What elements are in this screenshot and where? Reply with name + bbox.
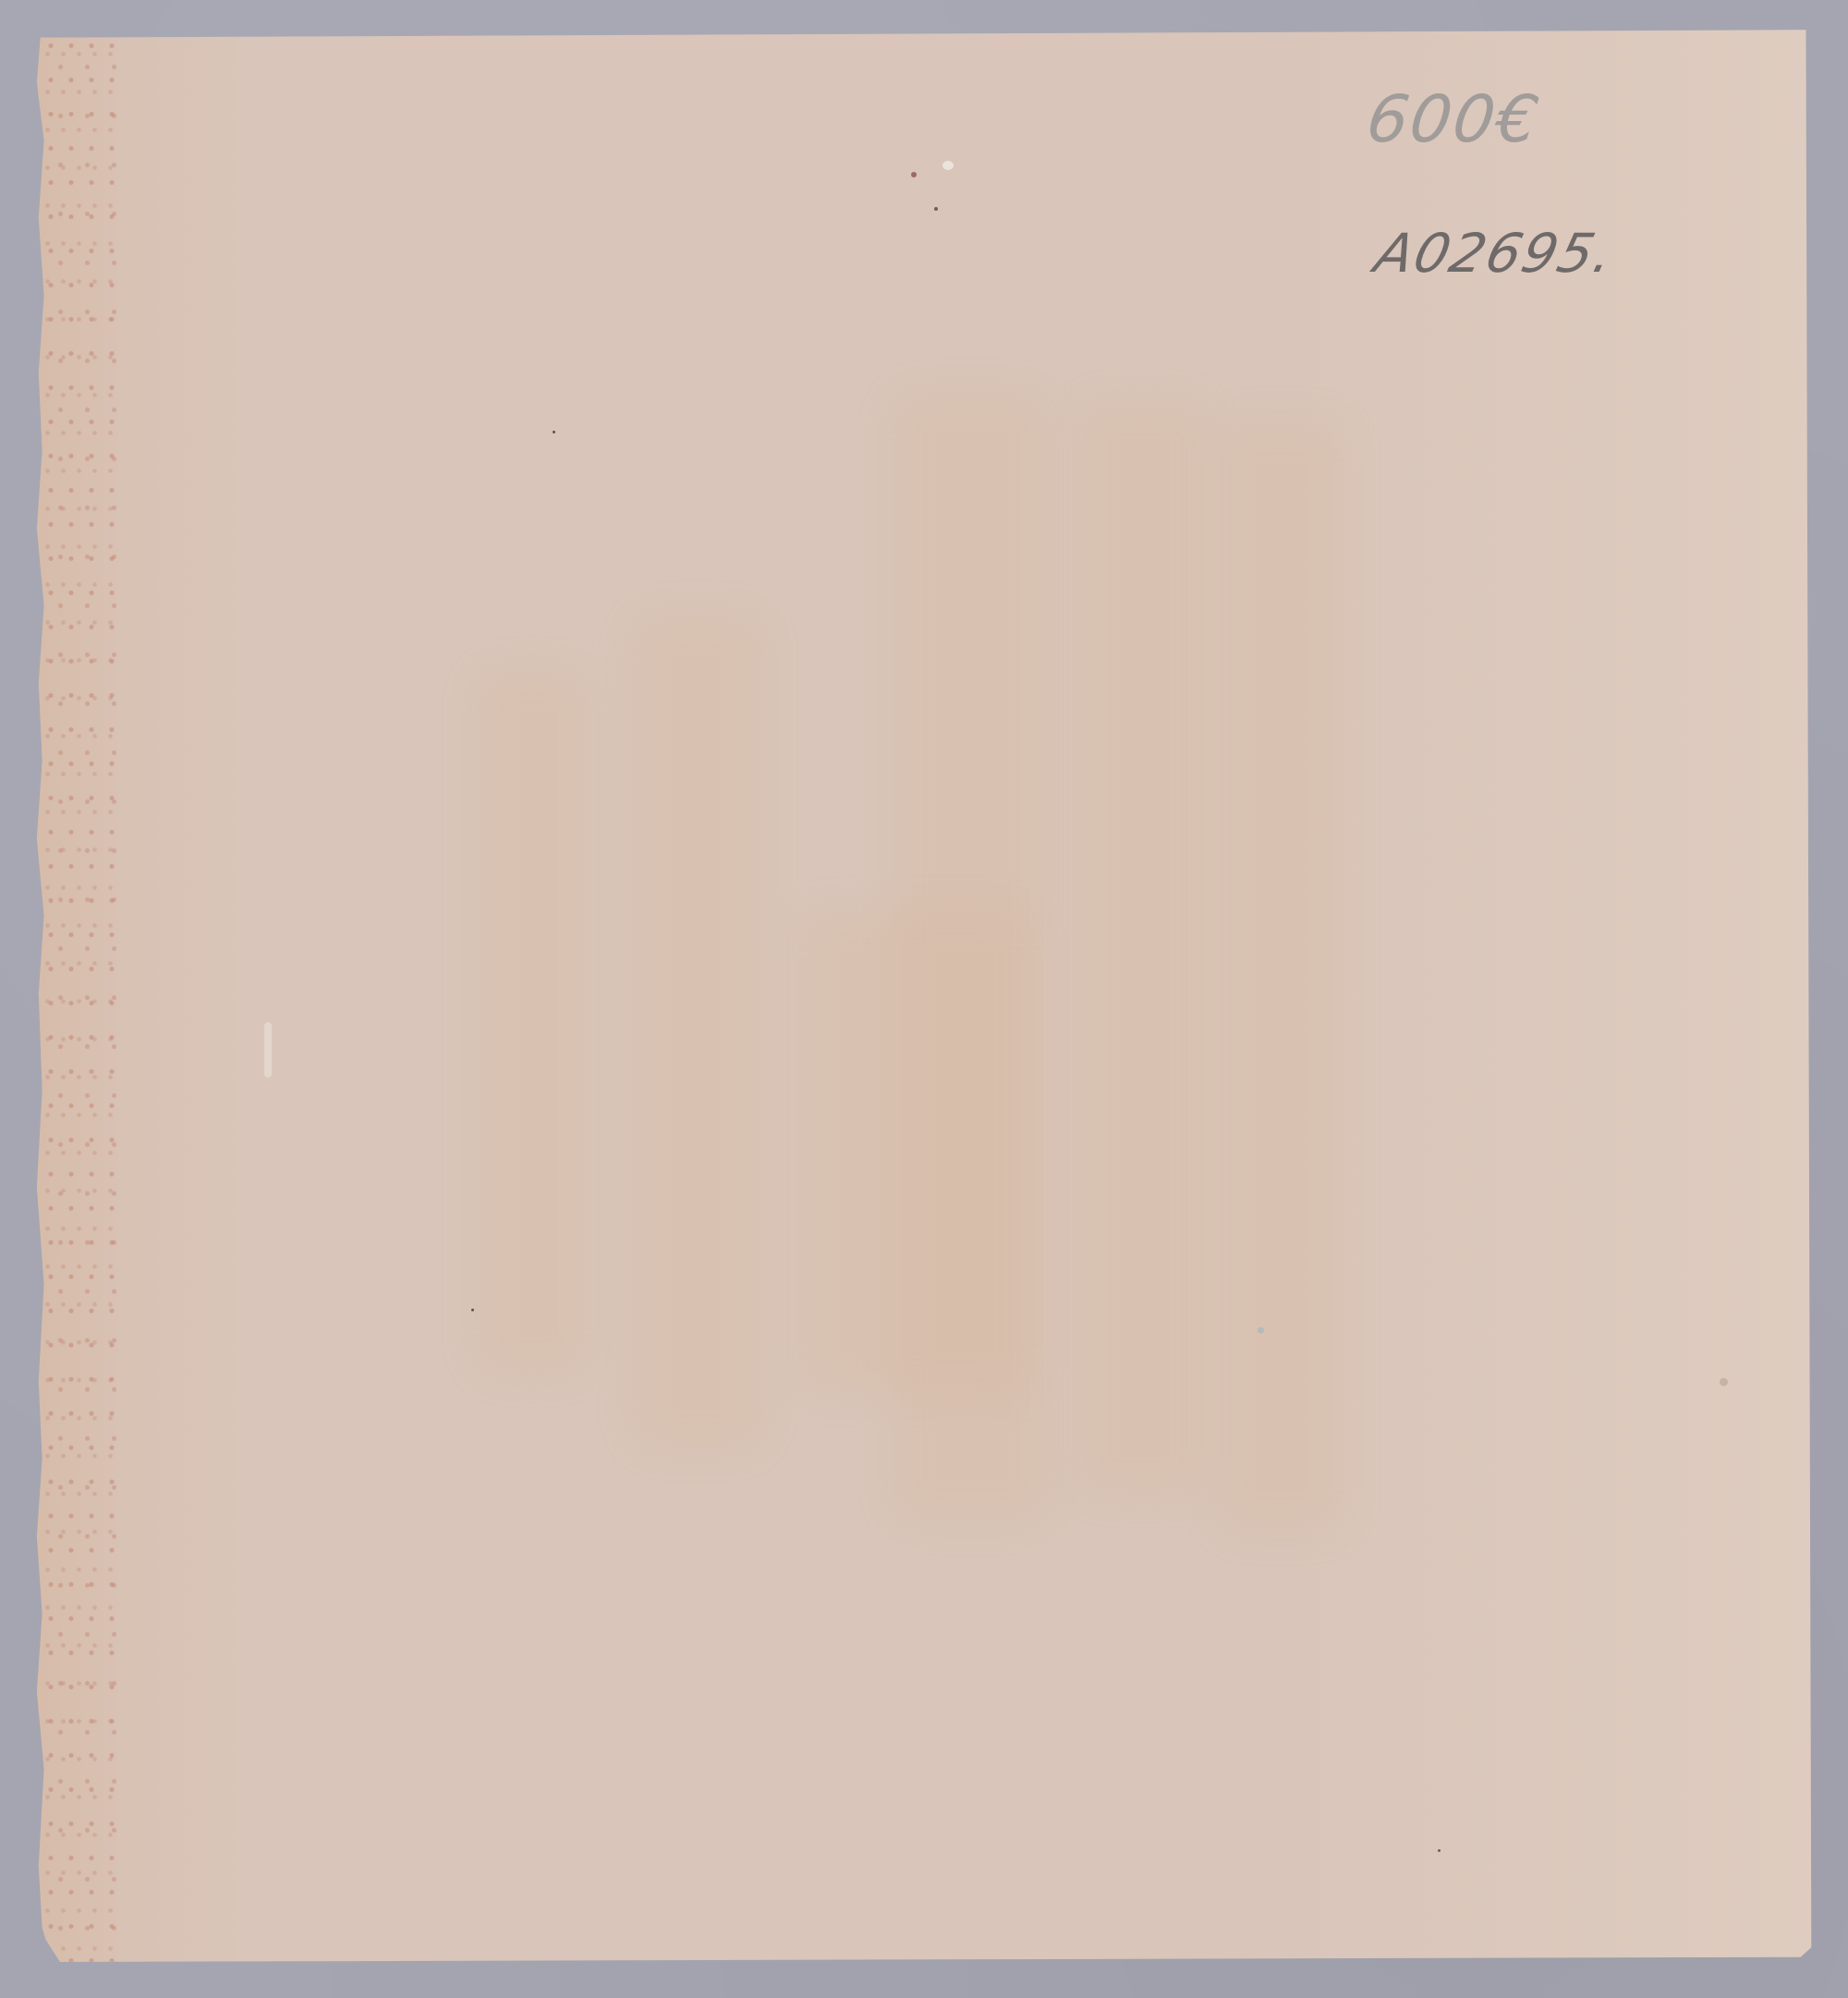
show-through-stain: [1077, 403, 1207, 1493]
paper-sheet: [33, 24, 1818, 1963]
speck-mark: [1438, 1849, 1441, 1852]
show-through-stain: [800, 911, 1031, 1392]
speck-mark: [1720, 1378, 1728, 1386]
pencil-inventory-number: A02695.: [1369, 222, 1623, 285]
speck-mark: [553, 431, 555, 433]
speck-mark: [942, 161, 954, 170]
pencil-price-annotation: 600€: [1362, 81, 1545, 157]
speck-mark: [471, 1309, 474, 1311]
show-through-stain: [1216, 421, 1345, 1530]
show-through-stain: [634, 615, 763, 1447]
speck-mark: [911, 172, 917, 177]
speck-mark: [1258, 1327, 1264, 1334]
show-through-stain: [477, 671, 588, 1373]
speck-mark: [934, 207, 938, 211]
foxing-spots-left-edge: [33, 24, 116, 1963]
speck-mark: [264, 1022, 272, 1078]
